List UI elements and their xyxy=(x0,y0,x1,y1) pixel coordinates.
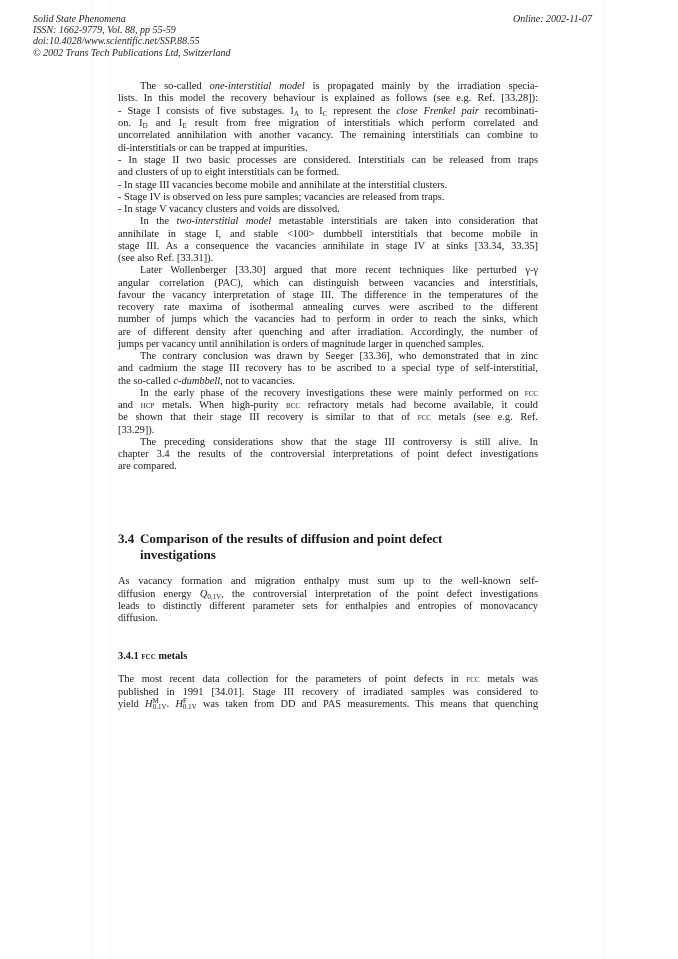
paragraph-line: In the early phase of the recovery inves… xyxy=(140,388,538,400)
paragraph-line: lists. In this model the recovery behavi… xyxy=(118,93,538,105)
paragraph-line: The so-called one-interstitial model is … xyxy=(140,81,538,93)
paragraph-line: published in 1991 [34.01]. Stage III rec… xyxy=(118,687,538,699)
paragraph-line: diffusion. xyxy=(118,613,538,625)
paragraph-line: In the two-interstitial model metastable… xyxy=(140,216,538,228)
online-date: Online: 2002-11-07 xyxy=(513,14,592,25)
journal-name: Solid State Phenomena xyxy=(33,14,231,25)
paragraph-line: number of jumps which the vacancies had … xyxy=(118,314,538,326)
subsection-title-sc: fcc xyxy=(141,651,155,662)
paragraph-line: - Stage IV is observed on less pure samp… xyxy=(118,192,538,204)
paragraph-line: on. ID and IE result from free migration… xyxy=(118,118,538,130)
paragraph-line: the so-called c-dumbbell, not to vacanci… xyxy=(118,376,538,388)
paragraph-line: [33.29]). xyxy=(118,425,538,437)
paragraph-line: and hcp metals. When high-purity bcc ref… xyxy=(118,400,538,412)
section-number: 3.4 xyxy=(118,531,140,547)
paragraph-line: The preceding considerations show that t… xyxy=(140,437,538,449)
paragraph-line: di-interstitials or can be trapped at im… xyxy=(118,143,538,155)
paragraph-line: annihilate in stage I, and stable <100> … xyxy=(118,229,538,241)
paragraph-line: yield HM0.1V. HF0.1V was taken from DD a… xyxy=(118,699,538,711)
paragraph-line: - In stage II two basic processes are co… xyxy=(118,155,538,167)
paragraph-line: The contrary conclusion was drawn by See… xyxy=(140,351,538,363)
issn-line: ISSN: 1662-9779, Vol. 88, pp 55-59 xyxy=(33,25,231,36)
paragraph-line: The most recent data collection for the … xyxy=(118,674,538,686)
paragraph-line: jumps per vacancy until annihilation is … xyxy=(118,339,538,351)
paragraph-line: - Stage I consists of five substages. IA… xyxy=(118,106,538,118)
paragraph-line: As vacancy formation and migration entha… xyxy=(118,576,538,588)
paragraph-line: leads to distinctly different parameter … xyxy=(118,601,538,613)
section-title: Comparison of the results of diffusion a… xyxy=(140,531,442,546)
paragraph-line: - In stage III vacancies become mobile a… xyxy=(118,180,538,192)
paragraph-line: and clusters of up to eight interstitial… xyxy=(118,167,538,179)
copyright-line: © 2002 Trans Tech Publications Ltd, Swit… xyxy=(33,48,231,59)
paragraph-line: Later Wollenberger [33.30] argued that m… xyxy=(140,265,538,277)
journal-header: Solid State Phenomena ISSN: 1662-9779, V… xyxy=(33,14,231,59)
watermark-line xyxy=(603,0,604,959)
paragraph-line: chapter 3.4 the results of the controver… xyxy=(118,449,538,461)
subsection-title: metals xyxy=(156,651,187,662)
paragraph-line: - In stage V vacancy clusters and voids … xyxy=(118,204,538,216)
subsection-heading: 3.4.1 fcc metals xyxy=(118,651,187,663)
watermark-line xyxy=(110,0,111,959)
section-heading: 3.4Comparison of the results of diffusio… xyxy=(118,531,442,547)
paragraph-line: diffusion energy Q0.1V, the controversia… xyxy=(118,589,538,601)
paragraph-line: are of different density after quenching… xyxy=(118,327,538,339)
paragraph-line: and cadmium the stage III recovery has t… xyxy=(118,363,538,375)
paragraph-line: are compared. xyxy=(118,461,538,473)
doi-line: doi:10.4028/www.scientific.net/SSP.88.55 xyxy=(33,36,231,47)
paragraph-line: recovery rate maxima of isothermal annea… xyxy=(118,302,538,314)
paragraph-line: uncorrelated annihilation with another v… xyxy=(118,130,538,142)
paragraph-line: be shown that their stage III recovery i… xyxy=(118,412,538,424)
subsection-number: 3.4.1 xyxy=(118,651,139,662)
paragraph-line: stage III. As a consequence the vacancie… xyxy=(118,241,538,253)
section-heading-continued: investigations xyxy=(140,547,216,563)
paragraph-line: angular correlation (PAC), which can dis… xyxy=(118,278,538,290)
paragraph-line: (see also Ref. [33.31]). xyxy=(118,253,538,265)
watermark-line xyxy=(92,0,93,959)
paragraph-line: favour the vacancy interpretation of sta… xyxy=(118,290,538,302)
